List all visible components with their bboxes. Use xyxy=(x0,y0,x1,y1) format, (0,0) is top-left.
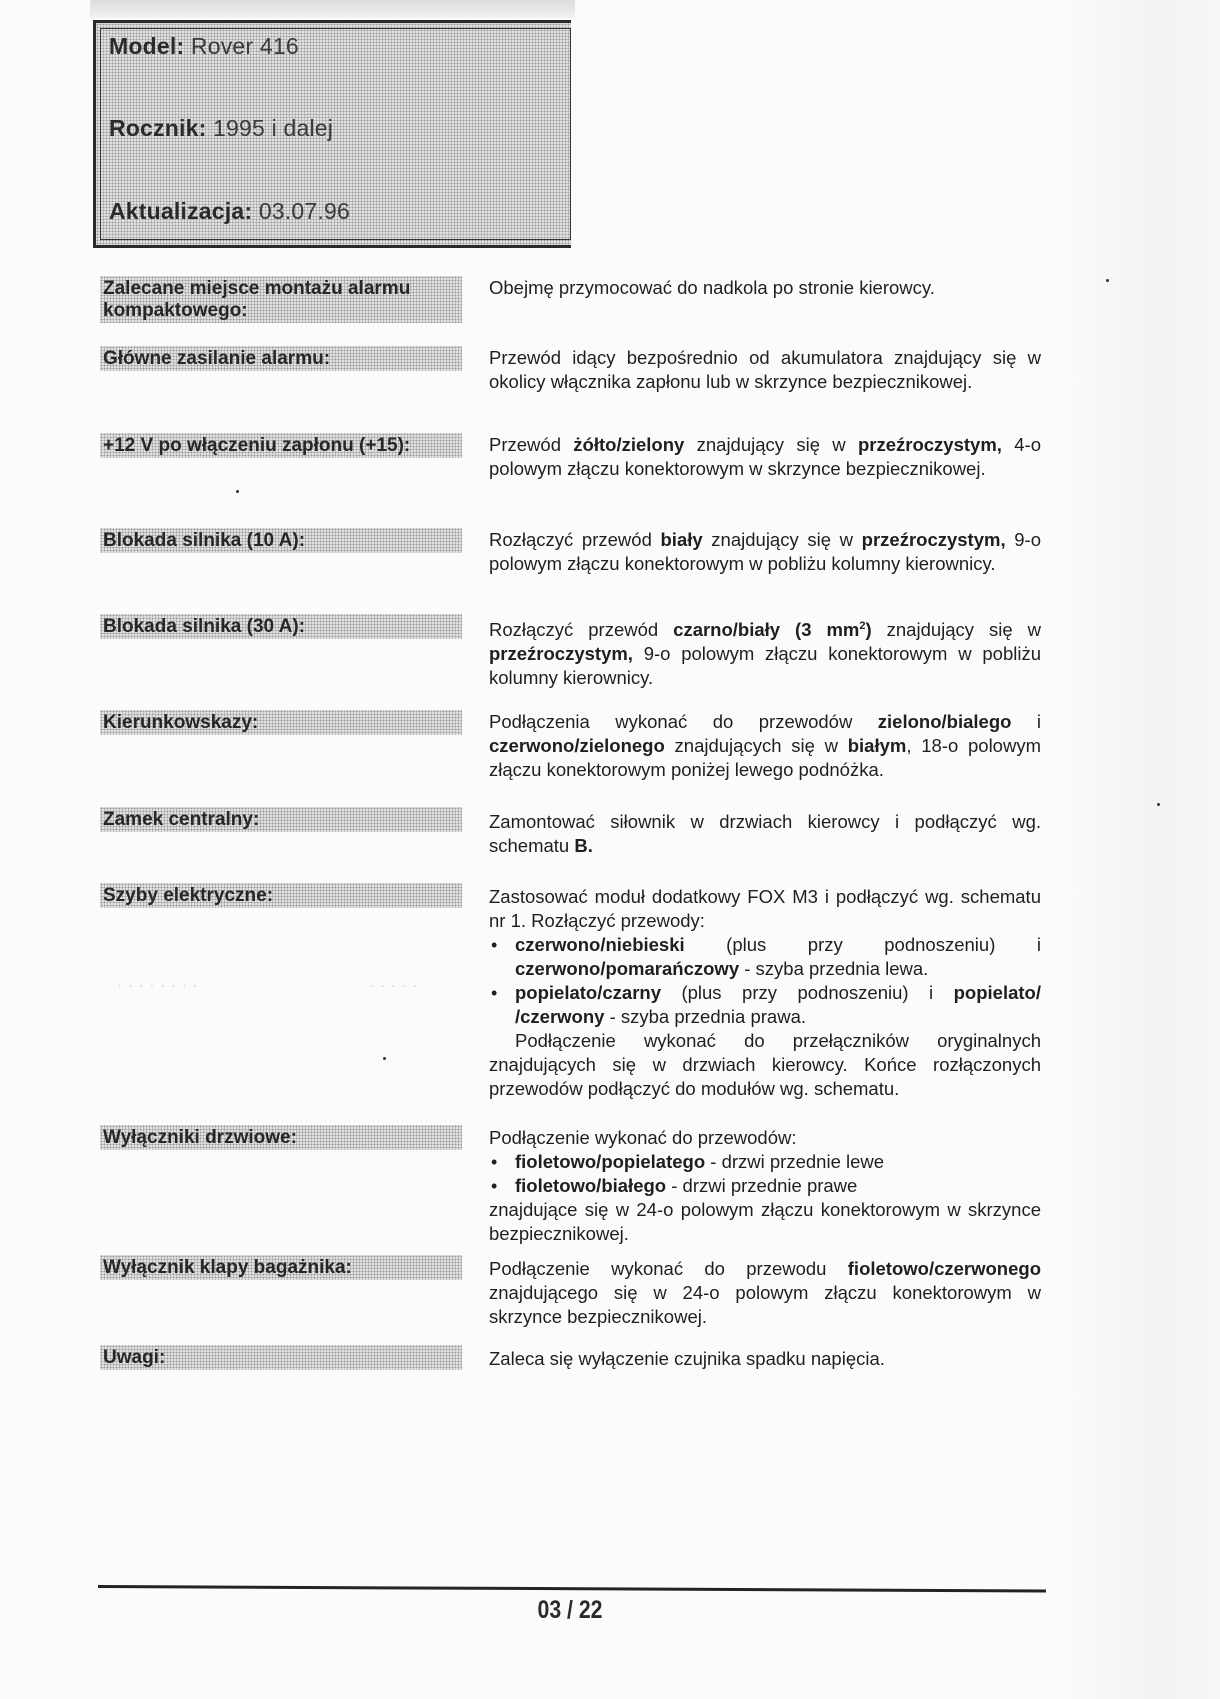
header-inner-frame: Model: Rover 416 Rocznik: 1995 i dalej A… xyxy=(100,28,571,240)
list-item: fioletowo/białego - drzwi przednie prawe xyxy=(489,1174,1041,1198)
faint-scan-mark-left: · · · · · · · · xyxy=(118,980,199,992)
footer-rule xyxy=(98,1585,1046,1592)
row-text-immobilizer-30a: Rozłączyć przewód czarno/biały (3 mm2) z… xyxy=(489,614,1041,690)
turn-signals-text: Podłączenia wykonać do przewodów zielono… xyxy=(489,710,1041,782)
scan-speck xyxy=(1106,279,1109,282)
list-item: popielato/czarny (plus przy podnoszeniu)… xyxy=(489,981,1041,1029)
faint-scan-mark-right: · · · · · xyxy=(370,980,419,992)
row-label-central-lock: Zamek centralny: xyxy=(100,807,462,832)
door-switches-intro: Podłączenie wykonać do przewodów: xyxy=(489,1126,1041,1150)
row-label-mounting: Zalecane miejsce montażu alarmu kompakto… xyxy=(100,276,462,323)
door-switches-list: fioletowo/popielatego - drzwi przednie l… xyxy=(489,1150,1041,1198)
year-label: Rocznik: xyxy=(109,115,206,141)
scan-speck xyxy=(236,490,239,493)
row-label-trunk-switch: Wyłącznik klapy bagażnika: xyxy=(100,1255,462,1280)
row-label-immobilizer-30a: Blokada silnika (30 A): xyxy=(100,614,462,639)
row-text-immobilizer-10a: Rozłączyć przewód biały znajdujący się w… xyxy=(489,528,1041,576)
immobilizer-10a-text: Rozłączyć przewód biały znajdujący się w… xyxy=(489,528,1041,576)
model-label: Model: xyxy=(109,33,184,59)
power-windows-list: czerwono/niebieski (plus przy podnoszeni… xyxy=(489,933,1041,1029)
model-value: Rover 416 xyxy=(191,33,299,59)
row-text-trunk-switch: Podłączenie wykonać do przewodu fioletow… xyxy=(489,1257,1041,1329)
notes-text: Zaleca się wyłączenie czujnika spadku na… xyxy=(489,1347,1041,1371)
row-label-turn-signals: Kierunkowskazy: xyxy=(100,710,462,735)
year-value: 1995 i dalej xyxy=(213,115,333,141)
update-line: Aktualizacja: 03.07.96 xyxy=(109,198,350,225)
row-label-ignition: +12 V po włączeniu zapłonu (+15): xyxy=(100,433,462,458)
list-item: czerwono/niebieski (plus przy podnoszeni… xyxy=(489,933,1041,981)
row-label-power-windows: Szyby elektryczne: xyxy=(100,883,462,908)
row-text-turn-signals: Podłączenia wykonać do przewodów zielono… xyxy=(489,710,1041,782)
scan-speck xyxy=(1157,803,1160,806)
document-header-box: Model: Rover 416 Rocznik: 1995 i dalej A… xyxy=(93,20,571,248)
main-power-text: Przewód idący bezpośrednio od akumulator… xyxy=(489,346,1041,394)
door-switches-outro: znajdujące się w 24-o polowym złączu kon… xyxy=(489,1198,1041,1246)
mounting-text: Obejmę przymocować do nadkola po stronie… xyxy=(489,276,1041,300)
model-line: Model: Rover 416 xyxy=(109,33,299,60)
row-label-immobilizer-10a: Blokada silnika (10 A): xyxy=(100,528,462,553)
year-line: Rocznik: 1995 i dalej xyxy=(109,115,333,142)
row-text-notes: Zaleca się wyłączenie czujnika spadku na… xyxy=(489,1347,1041,1371)
central-lock-text: Zamontować siłownik w drzwiach kierowcy … xyxy=(489,810,1041,858)
immobilizer-30a-text: Rozłączyć przewód czarno/biały (3 mm2) z… xyxy=(489,614,1041,690)
update-value: 03.07.96 xyxy=(259,198,350,224)
trunk-switch-text: Podłączenie wykonać do przewodu fioletow… xyxy=(489,1257,1041,1329)
list-item: fioletowo/popielatego - drzwi przednie l… xyxy=(489,1150,1041,1174)
scan-top-shadow xyxy=(90,0,575,18)
ignition-text: Przewód żółto/zielony znajdujący się w p… xyxy=(489,433,1041,481)
power-windows-intro: Zastosować moduł dodatkowy FOX M3 i podł… xyxy=(489,885,1041,933)
row-text-mounting: Obejmę przymocować do nadkola po stronie… xyxy=(489,276,1041,300)
update-label: Aktualizacja: xyxy=(109,198,252,224)
page-number: 03 / 22 xyxy=(86,1596,1055,1625)
row-text-main-power: Przewód idący bezpośrednio od akumulator… xyxy=(489,346,1041,394)
row-text-ignition: Przewód żółto/zielony znajdujący się w p… xyxy=(489,433,1041,481)
row-label-main-power: Główne zasilanie alarmu: xyxy=(100,346,462,371)
row-text-central-lock: Zamontować siłownik w drzwiach kierowcy … xyxy=(489,810,1041,858)
scan-speck xyxy=(383,1057,386,1060)
row-text-power-windows: Zastosować moduł dodatkowy FOX M3 i podł… xyxy=(489,885,1041,1101)
row-text-door-switches: Podłączenie wykonać do przewodów: fiolet… xyxy=(489,1126,1041,1246)
row-label-door-switches: Wyłączniki drzwiowe: xyxy=(100,1125,462,1150)
scan-edge-shadow xyxy=(1070,0,1220,1699)
row-label-notes: Uwagi: xyxy=(100,1345,462,1370)
power-windows-outro: Podłączenie wykonać do przełączników ory… xyxy=(489,1029,1041,1101)
